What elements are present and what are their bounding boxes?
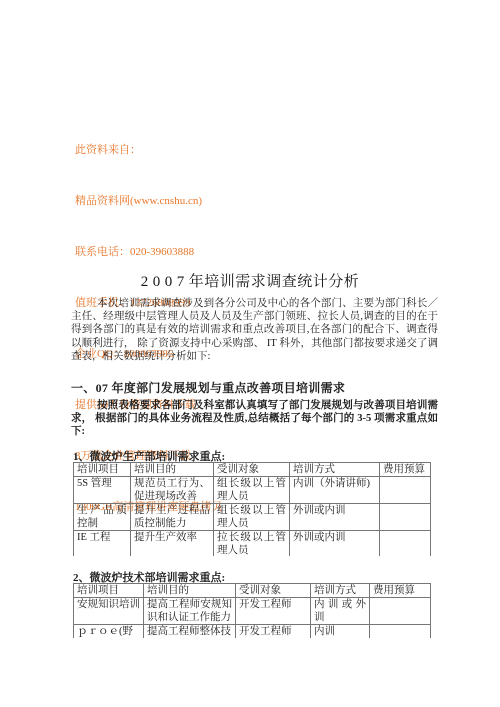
table-cell: 外训或内训 (290, 504, 380, 531)
table-cell: 生产品质控制 (74, 504, 131, 531)
column-header: 培训方式 (311, 584, 370, 598)
title-year: 2007 (141, 274, 189, 290)
promo-line: 精品资料网(www.cnshu.cn) (75, 193, 222, 210)
title-text: 年培训需求调查统计分析 (189, 274, 360, 290)
document-title: 2007年培训需求调查统计分析 (0, 270, 500, 291)
column-header: 费用预算 (370, 584, 431, 598)
table-cell: 规范员工行为、促进现场改善 (131, 477, 214, 504)
table-cell: 拉长级以上管理人员 (214, 531, 290, 557)
table-cell: 提高工程师安规知识和认证工作能力 (144, 598, 236, 625)
table-cell: 提升生产过程品质控制能力 (131, 504, 214, 531)
intro-paragraph: 本次培训需求调查涉及到各分公司及中心的各个部门、主要为部门科长／主任、经理级中层… (71, 297, 438, 363)
table-header-row: 培训项目 培训目的 受训对象 培训方式 费用预算 (74, 463, 431, 477)
column-header: 培训目的 (144, 584, 236, 598)
table-cell: 5S 管理 (74, 477, 131, 504)
table-cell: 提高工程师整体技 (144, 625, 236, 639)
table-cell: 开发工程师 (236, 598, 311, 625)
table-row: IE 工程 提升生产效率 拉长级以上管理人员 外训或内训 (74, 531, 431, 557)
table-cell (370, 625, 431, 639)
column-header: 受训对象 (214, 463, 290, 477)
table-cell: IE 工程 (74, 531, 131, 557)
table-cell: 外训或内训 (290, 531, 380, 557)
column-header: 受训对象 (236, 584, 311, 598)
table-1-container: 培训项目 培训目的 受训对象 培训方式 费用预算 5S 管理 规范员工行为、促进… (73, 462, 431, 556)
table-cell (380, 477, 431, 504)
table-header-row: 培训项目 培训目的 受训对象 培训方式 费用预算 (74, 584, 431, 598)
table-row: 生产品质控制 提升生产过程品质控制能力 组长级以上管理人员 外训或内训 (74, 504, 431, 531)
table-cell: 提升生产效率 (131, 531, 214, 557)
table-cell (370, 598, 431, 625)
column-header: 培训目的 (131, 463, 214, 477)
table-cell: 内训 (311, 625, 370, 639)
table-cell: 安规知识培训 (74, 598, 144, 625)
document-page[interactable]: 此资料来自： 精品资料网(www.cnshu.cn) 联系电话：020-3960… (0, 0, 500, 707)
column-header: 培训项目 (74, 463, 131, 477)
section-1-paragraph: 按照表格要求各部门及科室都认真填写了部门发展规划与改善项目培训需求， 根据部门的… (71, 399, 438, 439)
section-1-heading: 一、07 年度部门发展规划与重点改善项目培训需求 (71, 379, 345, 396)
column-header: 费用预算 (380, 463, 431, 477)
promo-line: 此资料来自： (75, 142, 222, 159)
table-cell: ｐｒｏｅ(野 (74, 625, 144, 639)
table-cell (380, 531, 431, 557)
column-header: 培训项目 (74, 584, 144, 598)
promo-line: 联系电话：020-39603888 (75, 244, 222, 261)
table-cell: 内训或外训 (311, 598, 370, 625)
training-needs-table-production: 培训项目 培训目的 受训对象 培训方式 费用预算 5S 管理 规范员工行为、促进… (73, 462, 431, 556)
table-cell: 组长级以上管理人员 (214, 477, 290, 504)
table-row: 安规知识培训 提高工程师安规知识和认证工作能力 开发工程师 内训或外训 (74, 598, 431, 625)
column-header: 培训方式 (290, 463, 380, 477)
training-needs-table-technology: 培训项目 培训目的 受训对象 培训方式 费用预算 安规知识培训 提高工程师安规知… (73, 583, 431, 638)
table-row: ｐｒｏｅ(野 提高工程师整体技 开发工程师 内训 (74, 625, 431, 639)
table-row: 5S 管理 规范员工行为、促进现场改善 组长级以上管理人员 内训（外请讲师) (74, 477, 431, 504)
table-cell: 内训（外请讲师) (290, 477, 380, 504)
table-2-container: 培训项目 培训目的 受训对象 培训方式 费用预算 安规知识培训 提高工程师安规知… (73, 583, 431, 638)
table-cell: 组长级以上管理人员 (214, 504, 290, 531)
table-cell (380, 504, 431, 531)
table-cell: 开发工程师 (236, 625, 311, 639)
